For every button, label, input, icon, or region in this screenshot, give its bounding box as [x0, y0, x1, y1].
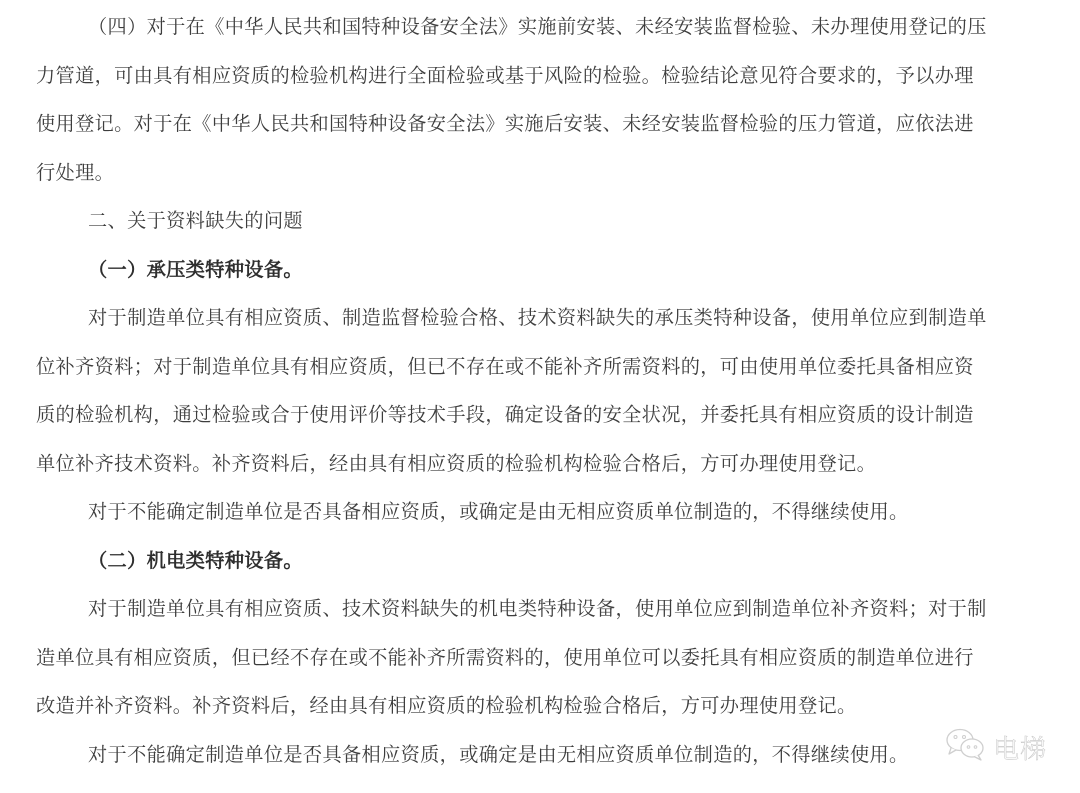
paragraph-4-line-1: （四）对于在《中华人民共和国特种设备安全法》实施前安装、未经安装监督检验、未办理…	[88, 12, 987, 42]
paragraph-electromechanical-line-2: 造单位具有相应资质，但已经不存在或不能补齐所需资料的，使用单位可以委托具有相应资…	[36, 643, 974, 673]
paragraph-pressure-undetermined: 对于不能确定制造单位是否具备相应资质，或确定是由无相应资质单位制造的，不得继续使…	[88, 497, 909, 527]
paragraph-pressure-line-1: 对于制造单位具有相应资质、制造监督检验合格、技术资料缺失的承压类特种设备，使用单…	[88, 303, 987, 333]
paragraph-electromechanical-line-3: 改造并补齐资料。补齐资料后，经由具有相应资质的检验机构检验合格后，方可办理使用登…	[36, 691, 857, 721]
paragraph-4-line-3: 使用登记。对于在《中华人民共和国特种设备安全法》实施后安装、未经安装监督检验的压…	[36, 109, 974, 139]
paragraph-electromechanical-line-1: 对于制造单位具有相应资质、技术资料缺失的机电类特种设备，使用单位应到制造单位补齐…	[88, 594, 987, 624]
document-body: （四）对于在《中华人民共和国特种设备安全法》实施前安装、未经安装监督检验、未办理…	[0, 0, 1080, 793]
subheading-pressure-equipment: （一）承压类特种设备。	[88, 255, 303, 285]
paragraph-4-line-2: 力管道，可由具有相应资质的检验机构进行全面检验或基于风险的检验。检验结论意见符合…	[36, 61, 974, 91]
subheading-electromechanical-equipment: （二）机电类特种设备。	[88, 546, 303, 576]
watermark: 电梯	[945, 727, 1047, 767]
wechat-icon	[945, 727, 987, 767]
section-heading-missing-documents: 二、关于资料缺失的问题	[88, 206, 303, 236]
paragraph-electromechanical-undetermined: 对于不能确定制造单位是否具备相应资质，或确定是由无相应资质单位制造的，不得继续使…	[88, 740, 909, 770]
paragraph-4-line-4: 行处理。	[36, 158, 114, 188]
paragraph-pressure-line-4: 单位补齐技术资料。补齐资料后，经由具有相应资质的检验机构检验合格后，方可办理使用…	[36, 449, 876, 479]
paragraph-pressure-line-2: 位补齐资料；对于制造单位具有相应资质，但已不存在或不能补齐所需资料的，可由使用单…	[36, 352, 974, 382]
watermark-text: 电梯	[993, 729, 1047, 766]
paragraph-pressure-line-3: 质的检验机构，通过检验或合于使用评价等技术手段，确定设备的安全状况，并委托具有相…	[36, 400, 974, 430]
